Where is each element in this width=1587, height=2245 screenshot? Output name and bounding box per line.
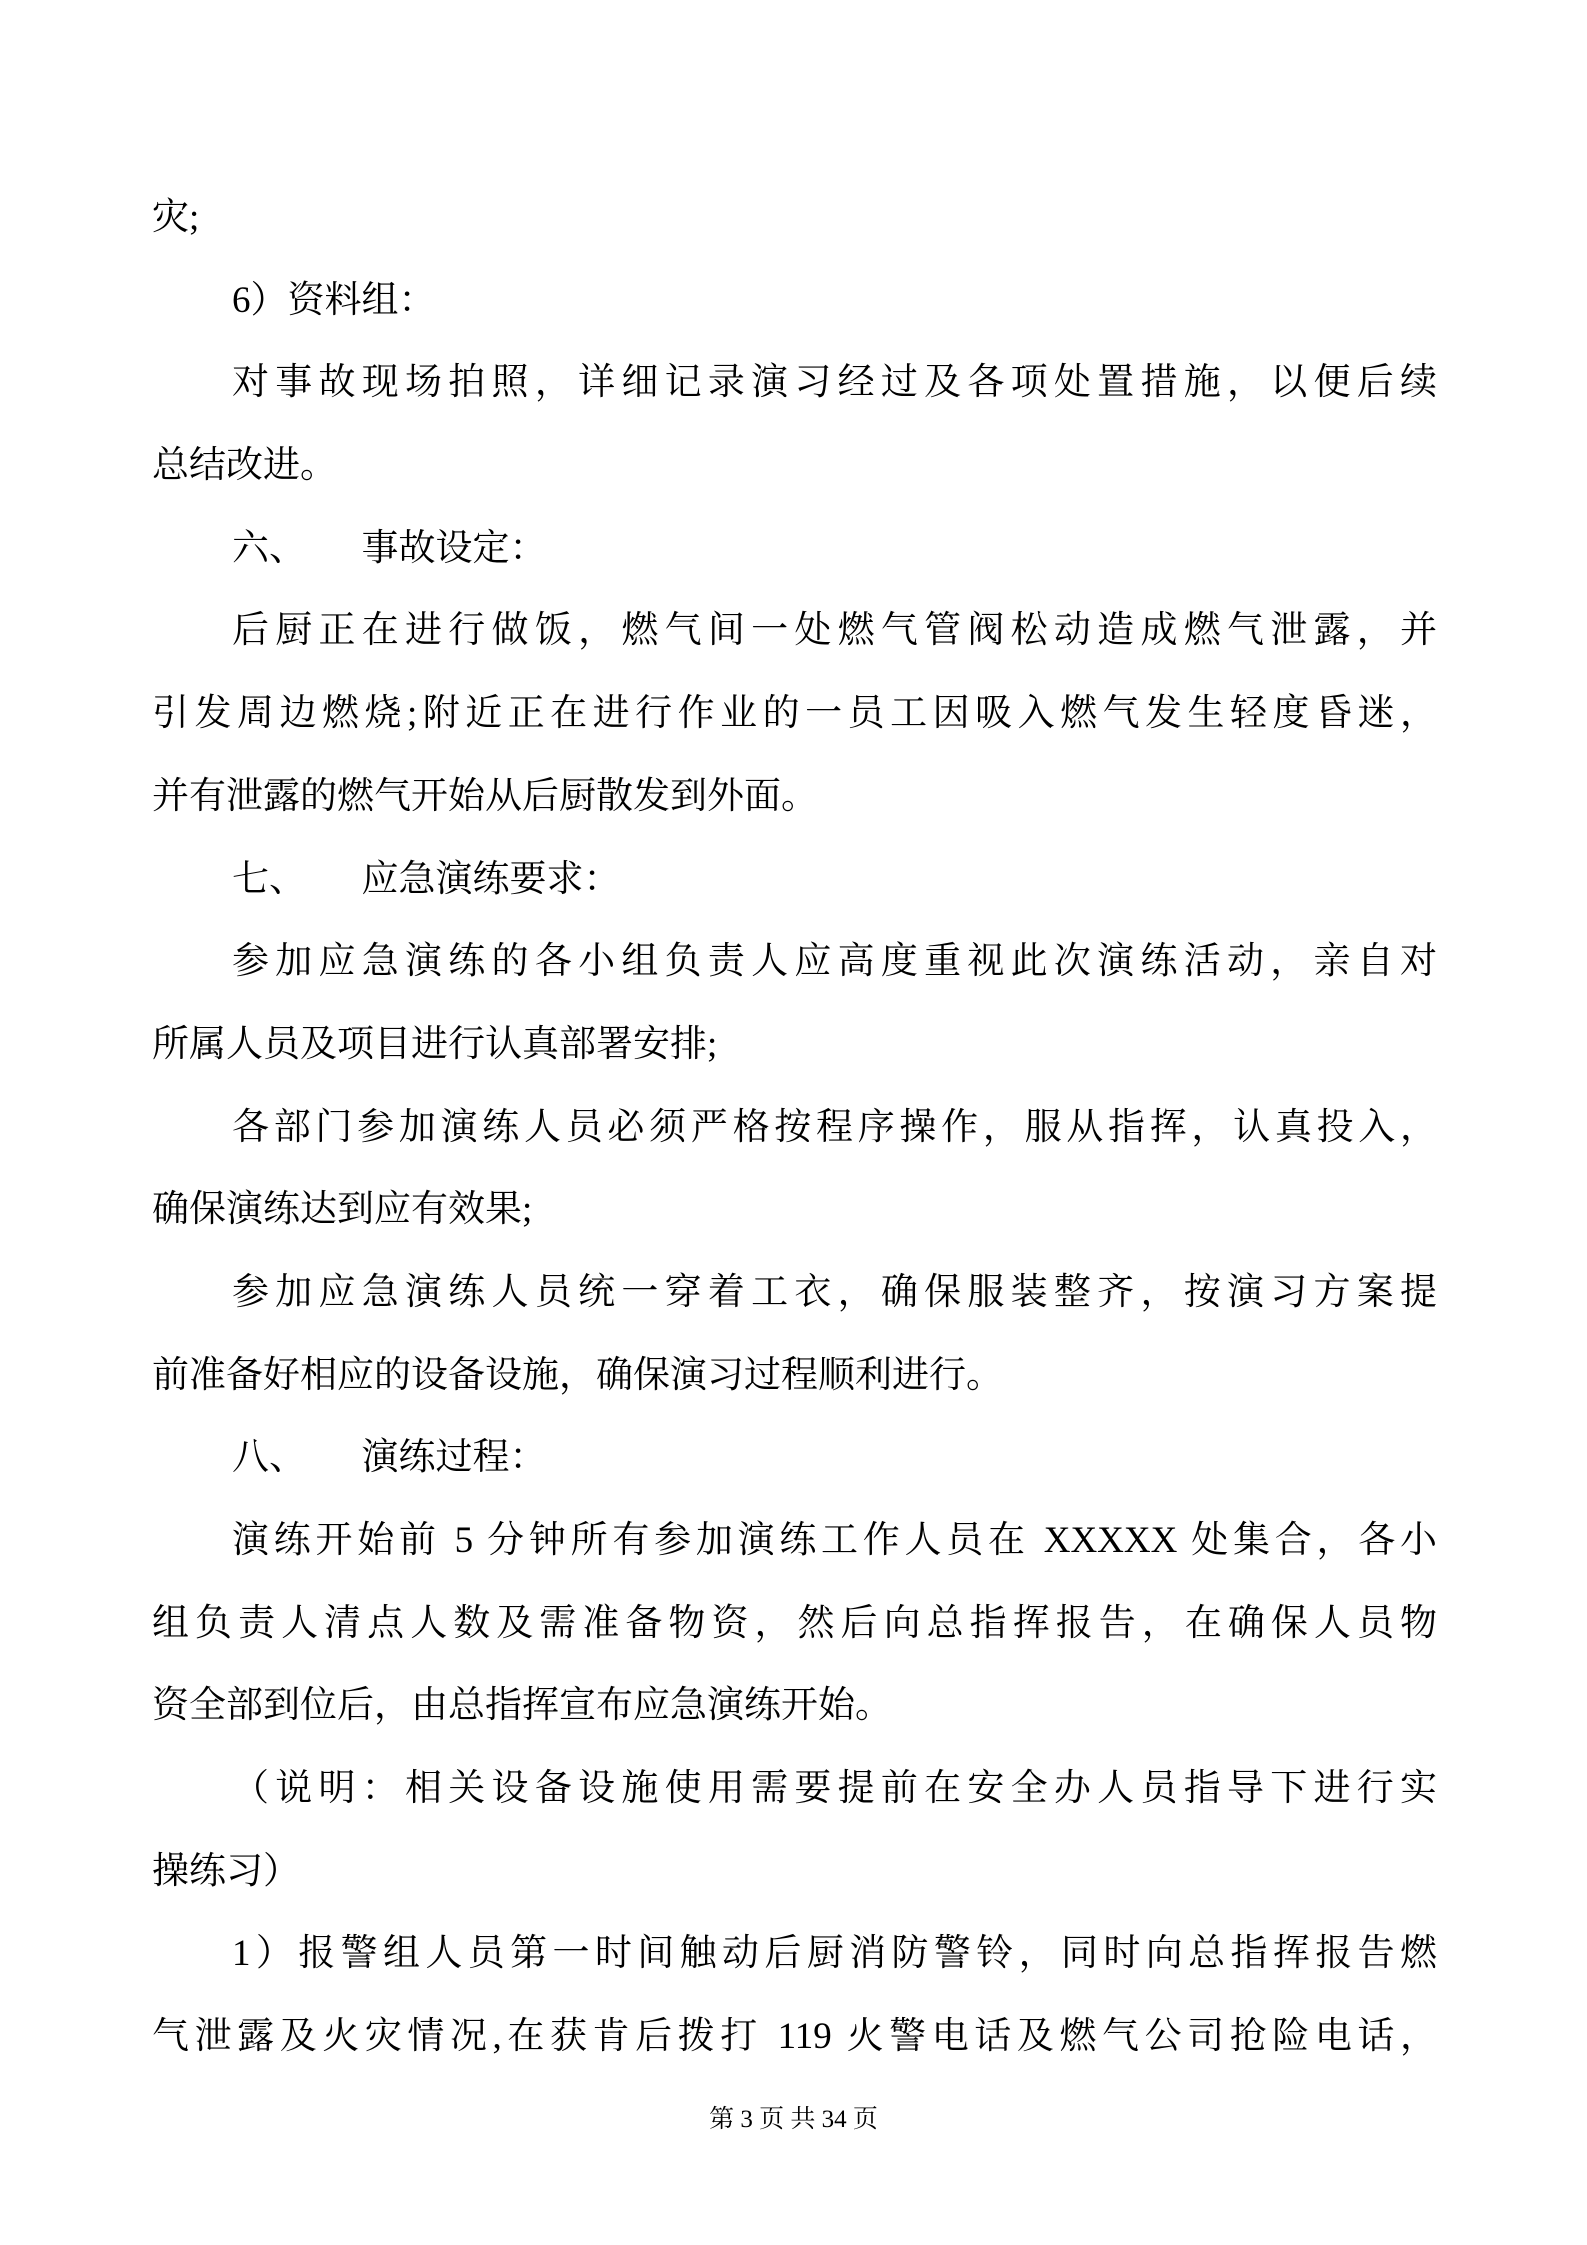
document-line: （说明：相关设备设施使用需要提前在安全办人员指导下进行实 <box>152 1748 1437 1831</box>
document-line: 后厨正在进行做饭，燃气间一处燃气管阀松动造成燃气泄露，并 <box>152 590 1437 673</box>
document-line: 参加应急演练人员统一穿着工衣，确保服装整齐，按演习方案提 <box>152 1252 1437 1335</box>
document-body: 灾;6）资料组：对事故现场拍照，详细记录演习经过及各项处置措施，以便后续总结改进… <box>152 177 1437 2079</box>
document-line: 各部门参加演练人员必须严格按程序操作，服从指挥，认真投入， <box>152 1087 1437 1170</box>
document-line: 资全部到位后，由总指挥宣布应急演练开始。 <box>152 1665 1437 1748</box>
document-line: 八、 演练过程： <box>152 1417 1437 1500</box>
document-line: 六、 事故设定： <box>152 508 1437 591</box>
document-page: 灾;6）资料组：对事故现场拍照，详细记录演习经过及各项处置措施，以便后续总结改进… <box>0 0 1587 2245</box>
document-line: 气泄露及火灾情况,在获肯后拨打 119 火警电话及燃气公司抢险电话， <box>152 1996 1437 2079</box>
document-line: 确保演练达到应有效果; <box>152 1169 1437 1252</box>
document-line: 1）报警组人员第一时间触动后厨消防警铃，同时向总指挥报告燃 <box>152 1913 1437 1996</box>
document-line: 前准备好相应的设备设施，确保演习过程顺利进行。 <box>152 1335 1437 1418</box>
document-line: 灾; <box>152 177 1437 260</box>
document-line: 总结改进。 <box>152 425 1437 508</box>
document-line: 所属人员及项目进行认真部署安排; <box>152 1004 1437 1087</box>
document-line: 七、 应急演练要求： <box>152 839 1437 922</box>
page-number-label: 第 3 页 共 34 页 <box>709 2106 878 2133</box>
document-line: 并有泄露的燃气开始从后厨散发到外面。 <box>152 756 1437 839</box>
document-line: 6）资料组： <box>152 260 1437 343</box>
document-line: 组负责人清点人数及需准备物资，然后向总指挥报告，在确保人员物 <box>152 1583 1437 1666</box>
document-line: 对事故现场拍照，详细记录演习经过及各项处置措施，以便后续 <box>152 342 1437 425</box>
document-line: 演练开始前 5 分钟所有参加演练工作人员在 XXXXX 处集合，各小 <box>152 1500 1437 1583</box>
document-line: 引发周边燃烧;附近正在进行作业的一员工因吸入燃气发生轻度昏迷， <box>152 673 1437 756</box>
page-footer: 第 3 页 共 34 页 <box>0 2105 1587 2135</box>
document-line: 操练习） <box>152 1831 1437 1914</box>
document-line: 参加应急演练的各小组负责人应高度重视此次演练活动，亲自对 <box>152 921 1437 1004</box>
